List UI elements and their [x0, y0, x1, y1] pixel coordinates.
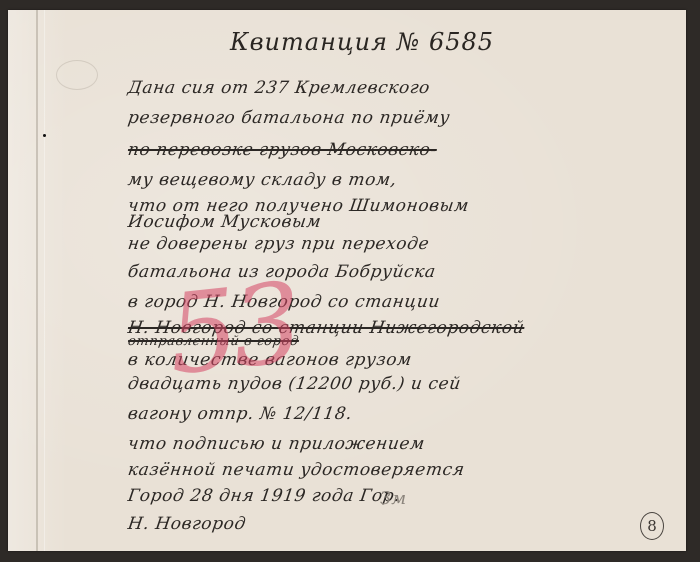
fold-line: [36, 10, 38, 551]
text-line: вагону отпр. № 12/118.: [127, 404, 670, 424]
page-number-circle: 8: [640, 512, 664, 540]
text-line: му вещевому складу в том,: [127, 170, 670, 190]
text-line: что подписью и приложением: [127, 434, 670, 454]
text-line: казённой печати удостоверяется: [127, 460, 670, 480]
pencil-note: Зм: [380, 488, 406, 509]
binding-hole: [43, 134, 46, 137]
document-title: Квитанция № 6585: [230, 28, 494, 56]
text-line-struck: по перевозке грузов Московско-: [127, 140, 670, 160]
signature-line: Н. Новгород: [127, 514, 670, 534]
embossed-stamp: [56, 60, 98, 90]
text-line: резервного батальона по приёму: [127, 108, 670, 128]
text-line: не доверены груз при переходе: [127, 234, 670, 254]
text-line: Иосифом Мусковым: [127, 212, 670, 232]
red-pencil-mark: 53: [162, 259, 303, 400]
text-line: Дана сия от 237 Кремлевского: [127, 78, 670, 98]
fold-highlight: [44, 10, 45, 551]
